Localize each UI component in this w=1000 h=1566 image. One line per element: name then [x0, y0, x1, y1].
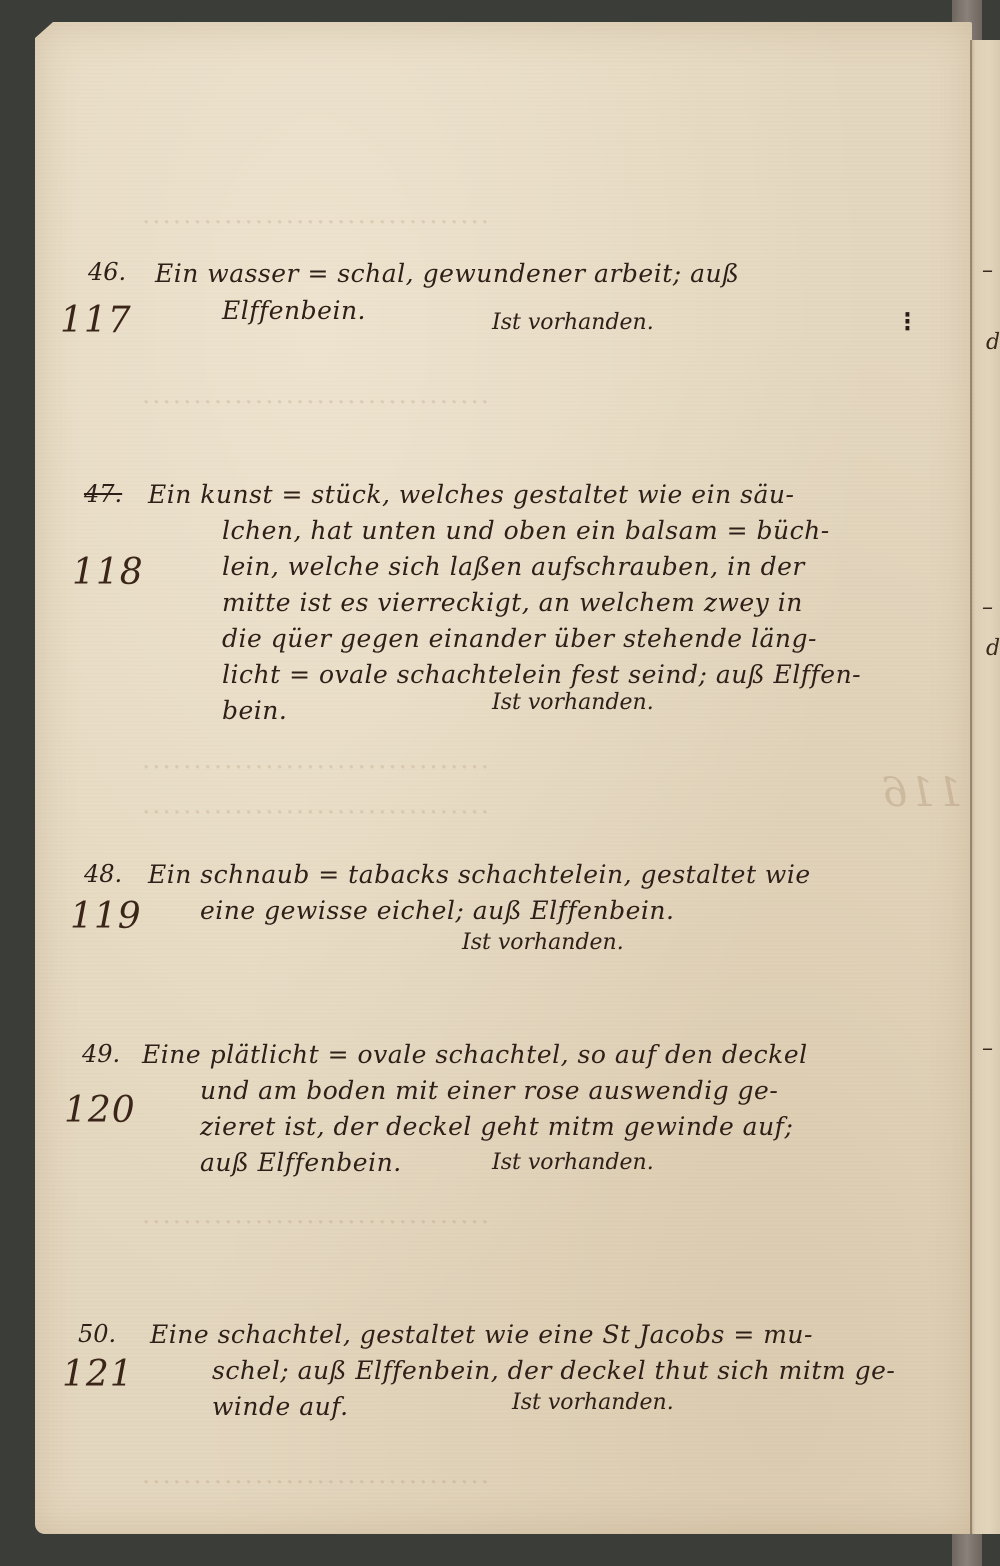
side-mark: ⁝	[903, 305, 912, 338]
entry-number-struck: 47.	[84, 480, 122, 508]
status-note: Ist vorhanden.	[492, 310, 654, 335]
entry-number: 49.	[82, 1040, 120, 1068]
entry-line: zieret ist, der deckel geht mitm gewinde…	[200, 1108, 793, 1146]
entry-line: lein, welche sich laßen aufschrauben, in…	[222, 548, 805, 586]
entry-line: Eine schachtel, gestaltet wie eine St Ja…	[150, 1316, 813, 1354]
next-page-fragment: d	[986, 330, 1000, 355]
entry-line: eine gewisse eichel; auß Elffenbein.	[200, 892, 674, 930]
manuscript-page	[35, 22, 972, 1534]
entry-line: licht = ovale schachtelein fest seind; a…	[222, 656, 861, 694]
entry-line: mitte ist es vierreckigt, an welchem zwe…	[222, 584, 803, 622]
status-note: Ist vorhanden.	[492, 1150, 654, 1175]
entry-line: die qüer gegen einander über stehende lä…	[222, 620, 817, 658]
status-note: Ist vorhanden.	[462, 930, 624, 955]
status-note: Ist vorhanden.	[512, 1390, 674, 1415]
binding-strip-bottom	[952, 1530, 982, 1566]
entry-line: Ein schnaub = tabacks schachtelein, gest…	[148, 856, 811, 894]
status-note: Ist vorhanden.	[492, 690, 654, 715]
margin-number: 120	[64, 1090, 136, 1131]
entry-line: schel; auß Elffenbein, der deckel thut s…	[212, 1352, 895, 1390]
entry-line: Elffenbein.	[222, 292, 366, 330]
entry-line: lchen, hat unten und oben ein balsam = b…	[222, 512, 830, 550]
entry-number: 50.	[78, 1320, 116, 1348]
next-page-fragment: –	[982, 1036, 993, 1061]
entry-line: und am boden mit einer rose auswendig ge…	[200, 1072, 778, 1110]
gutter-fold-line	[970, 40, 972, 1534]
margin-number: 117	[60, 300, 132, 341]
entry-line: Eine plätlicht = ovale schachtel, so auf…	[142, 1036, 808, 1074]
margin-number: 118	[72, 552, 144, 593]
margin-number: 119	[70, 896, 142, 937]
entry-line: winde auf.	[212, 1388, 349, 1426]
entry-line: Ein kunst = stück, welches gestaltet wie…	[148, 476, 794, 514]
entry-number: 46.	[88, 258, 126, 286]
next-page-fragment: –	[982, 258, 993, 283]
entry-line: Ein wasser = schal, gewundener arbeit; a…	[155, 255, 739, 293]
entry-line: auß Elffenbein.	[200, 1144, 402, 1182]
entry-line: bein.	[222, 692, 287, 730]
next-page-fragment: –	[982, 595, 993, 620]
margin-number: 121	[62, 1354, 134, 1395]
entry-number: 48.	[84, 860, 122, 888]
next-page-fragment: d	[986, 636, 1000, 661]
